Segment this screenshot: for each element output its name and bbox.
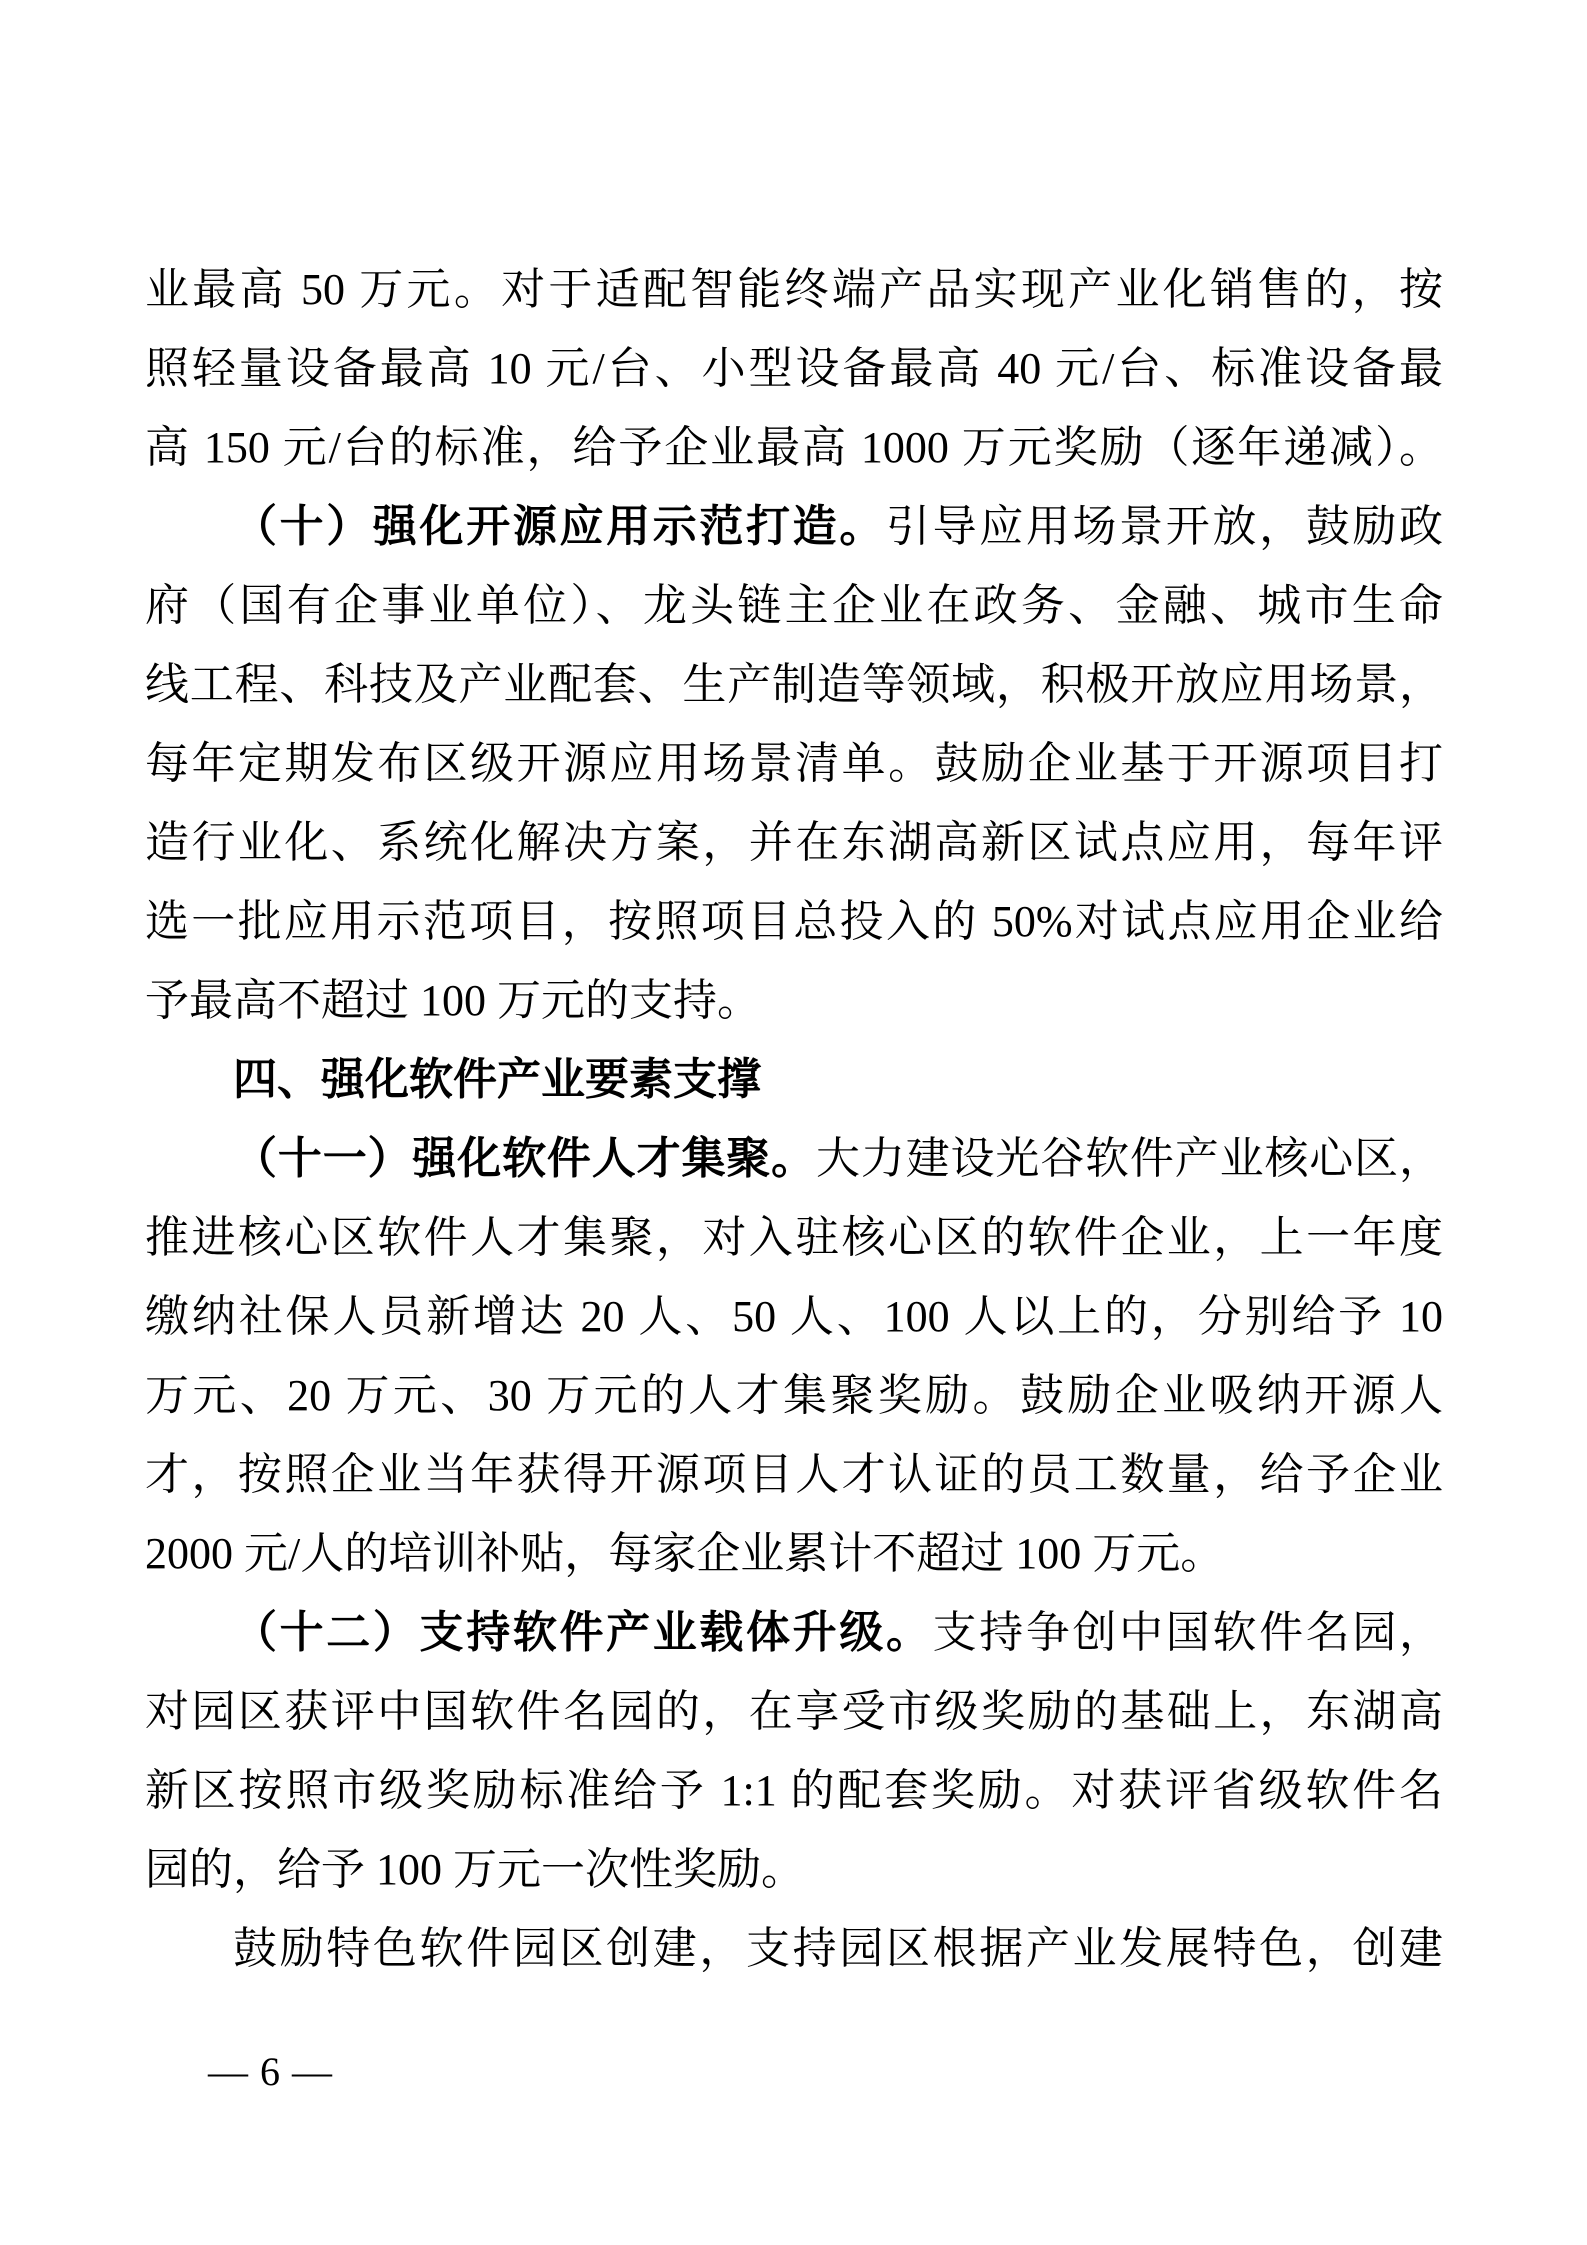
text-line: 缴纳社保人员新增达 20 人、50 人、100 人以上的，分别给予 10 bbox=[145, 1277, 1443, 1356]
line-text: 线工程、科技及产业配套、生产制造等领域，积极开放应用场景， bbox=[145, 660, 1443, 709]
text-line: 照轻量设备最高 10 元/台、小型设备最高 40 元/台、标准设备最 bbox=[145, 329, 1443, 408]
line-text: 照轻量设备最高 10 元/台、小型设备最高 40 元/台、标准设备最 bbox=[145, 344, 1443, 393]
text-line: 万元、20 万元、30 万元的人才集聚奖励。鼓励企业吸纳开源人 bbox=[145, 1356, 1443, 1435]
paragraph-lead: （十一）强化软件人才集聚。 bbox=[233, 1134, 816, 1183]
line-text: 万元、20 万元、30 万元的人才集聚奖励。鼓励企业吸纳开源人 bbox=[145, 1371, 1443, 1420]
line-text: 推进核心区软件人才集聚，对入驻核心区的软件企业，上一年度 bbox=[145, 1213, 1443, 1262]
text-line: 高 150 元/台的标准，给予企业最高 1000 万元奖励（逐年递减）。 bbox=[145, 408, 1443, 487]
paragraph-lead: （十）强化开源应用示范打造。 bbox=[233, 502, 886, 551]
paragraph-end-line: 2000 元/人的培训补贴，每家企业累计不超过 100 万元。 bbox=[145, 1514, 1443, 1593]
text-line: 才，按照企业当年获得开源项目人才认证的员工数量，给予企业 bbox=[145, 1435, 1443, 1514]
line-text: 才，按照企业当年获得开源项目人才认证的员工数量，给予企业 bbox=[145, 1450, 1443, 1499]
document-page: 业最高 50 万元。对于适配智能终端产品实现产业化销售的，按 照轻量设备最高 1… bbox=[0, 0, 1587, 2245]
line-text: 新区按照市级奖励标准给予 1:1 的配套奖励。对获评省级软件名 bbox=[145, 1766, 1443, 1815]
paragraph-start-line: （十二）支持软件产业载体升级。支持争创中国软件名园， bbox=[145, 1593, 1443, 1672]
line-text: 选一批应用示范项目，按照项目总投入的 50%对试点应用企业给 bbox=[145, 897, 1443, 946]
text-line: 推进核心区软件人才集聚，对入驻核心区的软件企业，上一年度 bbox=[145, 1198, 1443, 1277]
line-text: 业最高 50 万元。对于适配智能终端产品实现产业化销售的，按 bbox=[145, 265, 1443, 314]
text-line: 选一批应用示范项目，按照项目总投入的 50%对试点应用企业给 bbox=[145, 882, 1443, 961]
paragraph-lead: （十二）支持软件产业载体升级。 bbox=[233, 1608, 933, 1657]
paragraph-start-line: （十一）强化软件人才集聚。大力建设光谷软件产业核心区， bbox=[145, 1119, 1443, 1198]
document-body: 业最高 50 万元。对于适配智能终端产品实现产业化销售的，按 照轻量设备最高 1… bbox=[145, 250, 1443, 1988]
line-text: 支持争创中国软件名园， bbox=[933, 1608, 1443, 1657]
text-line: 业最高 50 万元。对于适配智能终端产品实现产业化销售的，按 bbox=[145, 250, 1443, 329]
paragraph-end-line: 予最高不超过 100 万元的支持。 bbox=[145, 961, 1443, 1040]
text-line: 线工程、科技及产业配套、生产制造等领域，积极开放应用场景， bbox=[145, 645, 1443, 724]
line-text: 园的，给予 100 万元一次性奖励。 bbox=[145, 1845, 805, 1894]
text-line: 造行业化、系统化解决方案，并在东湖高新区试点应用，每年评 bbox=[145, 803, 1443, 882]
line-text: 造行业化、系统化解决方案，并在东湖高新区试点应用，每年评 bbox=[145, 818, 1443, 867]
line-text: 大力建设光谷软件产业核心区， bbox=[816, 1134, 1443, 1183]
line-text: 高 150 元/台的标准，给予企业最高 1000 万元奖励（逐年递减）。 bbox=[145, 423, 1443, 472]
paragraph-end-line: 园的，给予 100 万元一次性奖励。 bbox=[145, 1830, 1443, 1909]
section-heading: 四、强化软件产业要素支撑 bbox=[145, 1040, 1443, 1119]
line-text: 府（国有企事业单位）、龙头链主企业在政务、金融、城市生命 bbox=[145, 581, 1443, 630]
text-line: 府（国有企事业单位）、龙头链主企业在政务、金融、城市生命 bbox=[145, 566, 1443, 645]
line-text: 缴纳社保人员新增达 20 人、50 人、100 人以上的，分别给予 10 bbox=[145, 1292, 1443, 1341]
text-line: 新区按照市级奖励标准给予 1:1 的配套奖励。对获评省级软件名 bbox=[145, 1751, 1443, 1830]
paragraph-start-line: （十）强化开源应用示范打造。引导应用场景开放，鼓励政 bbox=[145, 487, 1443, 566]
text-line: 每年定期发布区级开源应用场景清单。鼓励企业基于开源项目打 bbox=[145, 724, 1443, 803]
line-text: 引导应用场景开放，鼓励政 bbox=[886, 502, 1443, 551]
line-text: 每年定期发布区级开源应用场景清单。鼓励企业基于开源项目打 bbox=[145, 739, 1443, 788]
page-number: — 6 — bbox=[208, 2050, 333, 2094]
line-text: 对园区获评中国软件名园的，在享受市级奖励的基础上，东湖高 bbox=[145, 1687, 1443, 1736]
line-text: 2000 元/人的培训补贴，每家企业累计不超过 100 万元。 bbox=[145, 1529, 1224, 1578]
paragraph-start-line: 鼓励特色软件园区创建，支持园区根据产业发展特色，创建 bbox=[145, 1909, 1443, 1988]
text-line: 对园区获评中国软件名园的，在享受市级奖励的基础上，东湖高 bbox=[145, 1672, 1443, 1751]
heading-text: 四、强化软件产业要素支撑 bbox=[233, 1055, 761, 1104]
line-text: 鼓励特色软件园区创建，支持园区根据产业发展特色，创建 bbox=[233, 1924, 1443, 1973]
line-text: 予最高不超过 100 万元的支持。 bbox=[145, 976, 761, 1025]
